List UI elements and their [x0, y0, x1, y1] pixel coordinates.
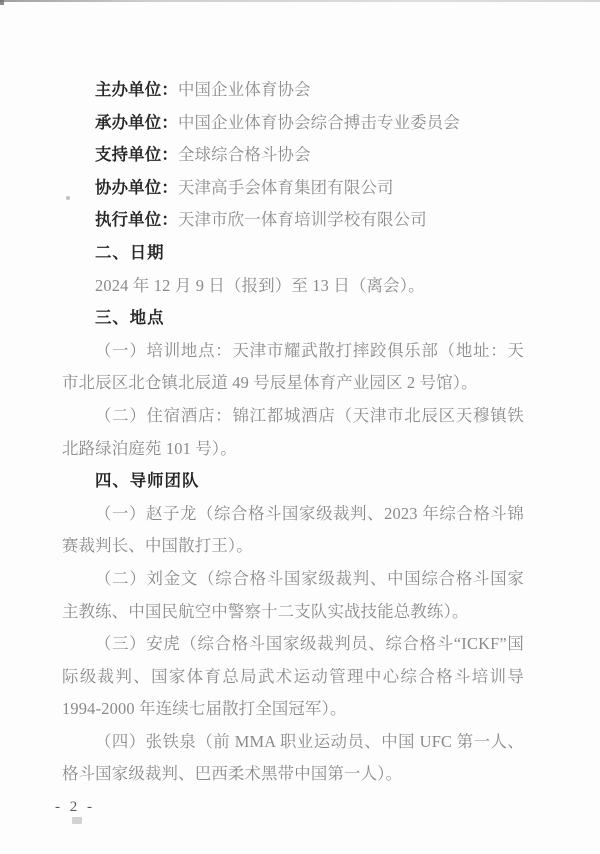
org-line: 支持单位：全球综合格斗协会: [62, 139, 524, 172]
org-value: 中国企业体育协会: [178, 80, 311, 99]
scan-edge-artifact: [0, 0, 600, 2]
text-line: （二）刘金文（综合格斗国家级裁判、中国综合格斗国家队: [62, 563, 524, 596]
text-line: （三）安虎（综合格斗国家级裁判员、综合格斗“ICKF”国: [62, 628, 524, 661]
scan-smudge-artifact: [72, 817, 82, 824]
org-line: 主办单位：中国企业体育协会: [62, 74, 524, 107]
text-line: 际级裁判、国家体育总局武术运动管理中心综合格斗培训导师、: [62, 661, 524, 694]
page-number: - 2 -: [55, 799, 95, 816]
section-heading: 三、地点: [62, 302, 524, 335]
text-line: 北路绿泊庭苑 101 号）。: [62, 433, 524, 466]
text-line: 市北辰区北仓镇北辰道 49 号辰星体育产业园区 2 号馆）。: [62, 367, 524, 400]
text-line: 主教练、中国民航空中警察十二支队实战技能总教练）。: [62, 596, 524, 629]
text-line: 赛裁判长、中国散打王）。: [62, 530, 524, 563]
org-line: 协办单位：天津高手会体育集团有限公司: [62, 172, 524, 205]
document-page: 主办单位：中国企业体育协会承办单位：中国企业体育协会综合搏击专业委员会支持单位：…: [0, 0, 600, 854]
org-label: 支持单位：: [95, 145, 178, 164]
text-line: 1994-2000 年连续七届散打全国冠军）。: [62, 693, 524, 726]
document-body: 主办单位：中国企业体育协会承办单位：中国企业体育协会综合搏击专业委员会支持单位：…: [62, 74, 524, 791]
org-value: 天津市欣一体育培训学校有限公司: [178, 210, 427, 229]
text-line: 格斗国家级裁判、巴西柔术黑带中国第一人）。: [62, 758, 524, 791]
text-line: （一）赵子龙（综合格斗国家级裁判、2023 年综合格斗锦标: [62, 498, 524, 531]
org-value: 全球综合格斗协会: [178, 145, 311, 164]
org-label: 协办单位：: [95, 178, 178, 197]
scan-corner-artifact: [0, 0, 4, 5]
text-line: （一）培训地点：天津市耀武散打摔跤俱乐部（地址：天津: [62, 335, 524, 368]
section-heading: 四、导师团队: [62, 465, 524, 498]
org-value: 中国企业体育协会综合搏击专业委员会: [178, 113, 460, 132]
org-label: 主办单位：: [95, 80, 178, 99]
org-line: 承办单位：中国企业体育协会综合搏击专业委员会: [62, 107, 524, 140]
org-line: 执行单位：天津市欣一体育培训学校有限公司: [62, 204, 524, 237]
text-line: 2024 年 12 月 9 日（报到）至 13 日（离会）。: [62, 270, 524, 303]
text-line: （四）张铁泉（前 MMA 职业运动员、中国 UFC 第一人、综合: [62, 726, 524, 759]
org-label: 执行单位：: [95, 210, 178, 229]
section-heading: 二、日期: [62, 237, 524, 270]
org-label: 承办单位：: [95, 113, 178, 132]
text-line: （二）住宿酒店：锦江都城酒店（天津市北辰区天穆镇铁东: [62, 400, 524, 433]
org-value: 天津高手会体育集团有限公司: [178, 178, 394, 197]
